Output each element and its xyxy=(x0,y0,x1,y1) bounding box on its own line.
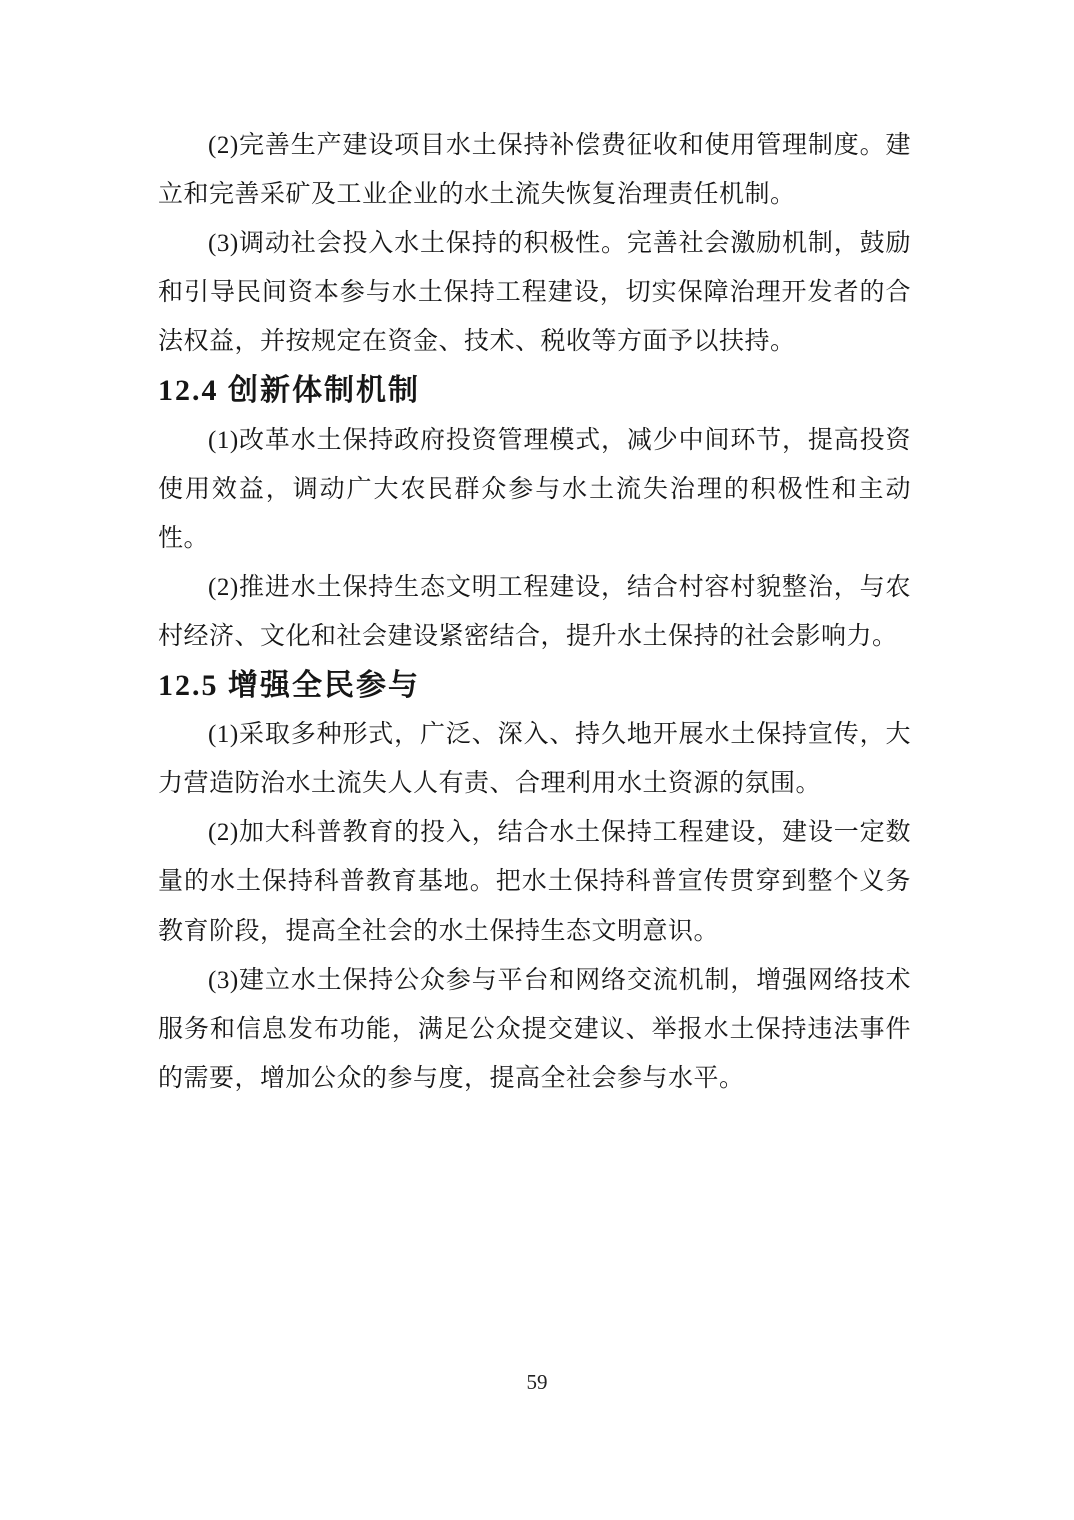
paragraph-publicity: (1)采取多种形式，广泛、深入、持久地开展水土保持宣传，大力营造防治水土流失人人… xyxy=(158,710,911,808)
document-text-block: (2)完善生产建设项目水土保持补偿费征收和使用管理制度。建立和完善采矿及工业企业… xyxy=(158,121,911,1103)
section-heading-12-4: 12.4 创新体制机制 xyxy=(158,366,911,415)
section-heading-12-5: 12.5 增强全民参与 xyxy=(158,661,911,710)
document-page: (2)完善生产建设项目水土保持补偿费征收和使用管理制度。建立和完善采矿及工业企业… xyxy=(0,0,1074,1520)
paragraph-social-investment: (3)调动社会投入水土保持的积极性。完善社会激励机制，鼓励和引导民间资本参与水土… xyxy=(158,219,911,366)
paragraph-public-participation-platform: (3)建立水土保持公众参与平台和网络交流机制，增强网络技术服务和信息发布功能，满… xyxy=(158,956,911,1103)
paragraph-science-education: (2)加大科普教育的投入，结合水土保持工程建设，建设一定数量的水土保持科普教育基… xyxy=(158,808,911,955)
paragraph-compensation-fee: (2)完善生产建设项目水土保持补偿费征收和使用管理制度。建立和完善采矿及工业企业… xyxy=(158,121,911,219)
paragraph-investment-reform: (1)改革水土保持政府投资管理模式，减少中间环节，提高投资使用效益，调动广大农民… xyxy=(158,416,911,563)
page-number: 59 xyxy=(0,1368,1074,1396)
paragraph-eco-civilization-project: (2)推进水土保持生态文明工程建设，结合村容村貌整治，与农村经济、文化和社会建设… xyxy=(158,563,911,661)
